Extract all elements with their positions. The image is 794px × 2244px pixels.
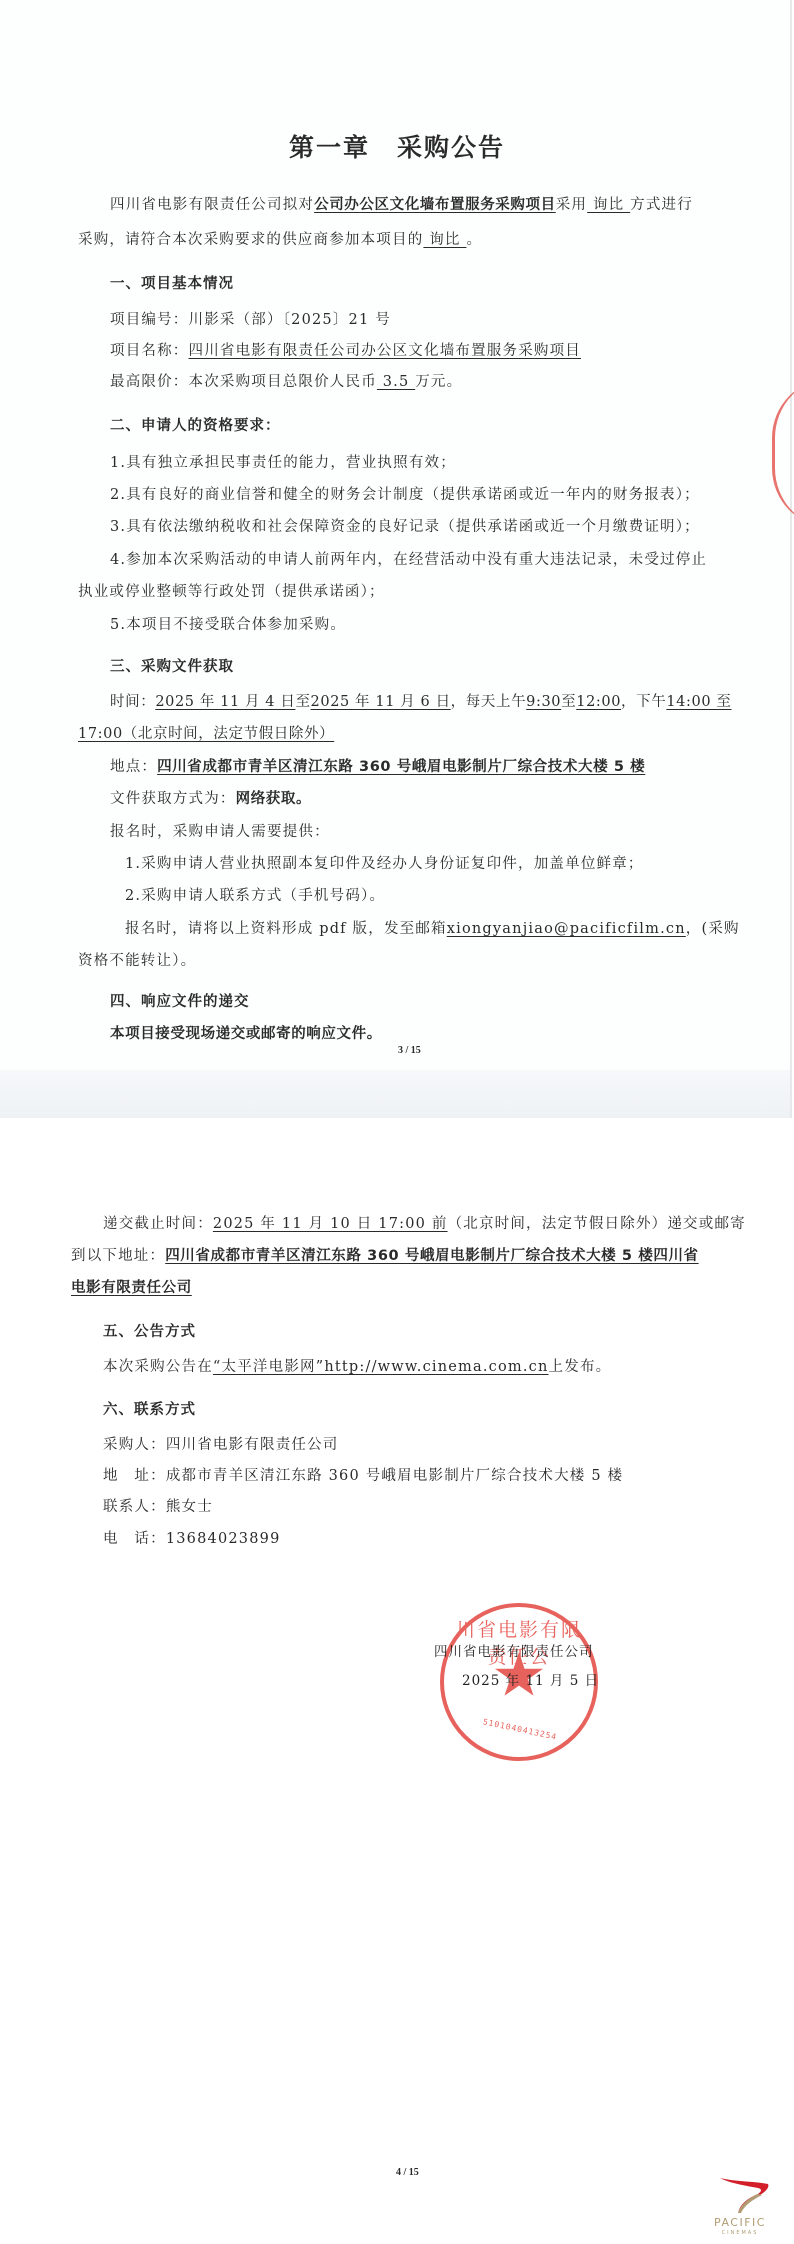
qualification-item: 3.具有依法缴纳税收和社会保障资金的良好记录（提供承诺函或近一个月缴费证明）； (110, 515, 700, 536)
chapter-title: 第一章 采购公告 (0, 128, 794, 164)
registration-item: 2.采购申请人联系方式（手机号码）。 (125, 884, 385, 905)
procurement-method: 询比 (587, 197, 630, 213)
page-number: 3 / 15 (398, 1045, 421, 1056)
acquisition-time-cont: 17:00（北京时间，法定节假日除外） (78, 722, 334, 743)
intro-paragraph-line-1: 四川省电影有限责任公司拟对公司办公区文化墙布置服务采购项目采用 询比 方式进行 (110, 193, 693, 214)
address-line-cont: 电影有限责任公司 (71, 1276, 192, 1297)
max-price: 最高限价：本次采购项目总限价人民币 3.5 万元。 (110, 370, 462, 391)
pacific-cinemas-logo: PACIFIC CINEMAS (700, 2170, 780, 2240)
signature-date: 2025 年 11 月 5 日 (462, 1669, 599, 1689)
intro-paragraph-line-2: 采购，请符合本次采购要求的供应商参加本项目的 询比 。 (78, 228, 482, 249)
acquisition-method: 文件获取方式为：网络获取。 (110, 787, 311, 808)
qualification-item: 4.参加本次采购活动的申请人前两年内，在经营活动中没有重大违法记录，未受过停止 (110, 548, 707, 569)
seal-code: 5101040413254 (470, 1715, 570, 1745)
contact-person: 联系人：熊女士 (103, 1495, 213, 1516)
project-name: 项目名称：四川省电影有限责任公司办公区文化墙布置服务采购项目 (110, 339, 581, 360)
swoosh-icon (718, 2176, 770, 2214)
acquisition-place: 地点：四川省成都市青羊区清江东路 360 号峨眉电影制片厂综合技术大楼 5 楼 (110, 755, 645, 776)
acquisition-time: 时间：2025 年 11 月 4 日至2025 年 11 月 6 日，每天上午9… (110, 690, 731, 711)
qualification-item: 5.本项目不接受联合体参加采购。 (110, 613, 346, 634)
project-title-link: 公司办公区文化墙布置服务采购项目 (314, 197, 556, 213)
section-5-heading: 五、公告方式 (103, 1320, 196, 1341)
registration-email-cont: 资格不能转让）。 (78, 949, 196, 970)
registration-intro: 报名时，采购申请人需要提供： (110, 820, 330, 841)
address-line: 到以下地址：四川省成都市青羊区清江东路 360 号峨眉电影制片厂综合技术大楼 5… (71, 1244, 699, 1265)
section-3-heading: 三、采购文件获取 (110, 655, 234, 676)
contact-buyer: 采购人：四川省电影有限责任公司 (103, 1433, 339, 1454)
page-number: 4 / 15 (396, 2167, 419, 2178)
signature-company: 四川省电影有限责任公司 (434, 1640, 594, 1660)
email-link[interactable]: xiongyanjiao@pacificfilm.cn (447, 921, 686, 937)
website-link[interactable]: “太平洋电影网”http://www.cinema.com.cn (213, 1359, 549, 1375)
project-number: 项目编号：川影采（部）〔2025〕21 号 (110, 308, 391, 329)
deadline-line: 递交截止时间：2025 年 11 月 10 日 17:00 前（北京时间，法定节… (103, 1212, 746, 1233)
logo-name: PACIFIC (700, 2216, 780, 2229)
section-6-heading: 六、联系方式 (103, 1398, 196, 1419)
section-2-heading: 二、申请人的资格要求： (110, 414, 281, 435)
submission-text: 本项目接受现场递交或邮寄的响应文件。 (110, 1022, 382, 1043)
qualification-item: 1.具有独立承担民事责任的能力，营业执照有效； (110, 451, 456, 472)
qualification-item-cont: 执业或停业整顿等行政处罚（提供承诺函）； (78, 580, 385, 601)
registration-email-line: 报名时，请将以上资料形成 pdf 版，发至邮箱xiongyanjiao@paci… (125, 917, 740, 938)
section-1-heading: 一、项目基本情况 (110, 272, 234, 293)
contact-address: 地 址：成都市青羊区清江东路 360 号峨眉电影制片厂综合技术大楼 5 楼 (103, 1464, 623, 1485)
page-bottom-shadow (0, 1070, 790, 1118)
registration-item: 1.采购申请人营业执照副本复印件及经办人身份证复印件，加盖单位鲜章； (125, 852, 644, 873)
announcement-text: 本次采购公告在“太平洋电影网”http://www.cinema.com.cn上… (103, 1355, 611, 1376)
logo-subtitle: CINEMAS (700, 2230, 780, 2236)
contact-phone: 电 话：13684023899 (103, 1527, 281, 1548)
section-4-heading: 四、响应文件的递交 (110, 990, 250, 1011)
procurement-method-2: 询比 (423, 232, 466, 248)
qualification-item: 2.具有良好的商业信誉和健全的财务会计制度（提供承诺函或近一年内的财务报表）； (110, 483, 700, 504)
